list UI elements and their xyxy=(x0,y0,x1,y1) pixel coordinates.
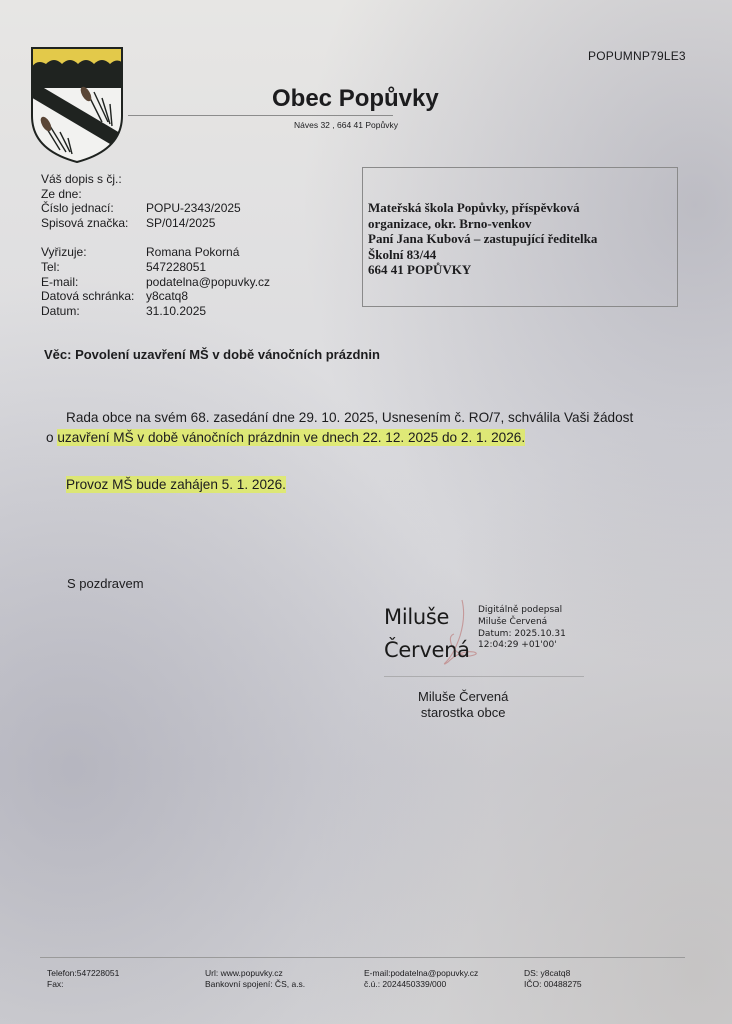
signature-detail-line: Miluše Červená xyxy=(478,617,566,629)
municipality-address: Náves 32 , 664 41 Popůvky xyxy=(294,120,398,130)
meta-row-data-box: Datová schránka: y8catq8 xyxy=(41,289,270,304)
signature-detail-line: 12:04:29 +01'00' xyxy=(478,640,566,652)
recipient-address: Mateřská škola Popůvky, příspěvková orga… xyxy=(368,200,597,278)
meta-label: E-mail: xyxy=(41,275,146,290)
meta-value: POPU-2343/2025 xyxy=(146,201,241,216)
body-line: o uzavření MŠ v době vánočních prázdnin … xyxy=(46,428,633,448)
meta-label: Ze dne: xyxy=(41,187,146,202)
recipient-line: Mateřská škola Popůvky, příspěvková xyxy=(368,200,597,216)
footer-ids-column: DS: y8catq8 IČO: 00488275 xyxy=(524,968,582,990)
meta-value: SP/014/2025 xyxy=(146,216,215,231)
signature-detail-line: Datum: 2025.10.31 xyxy=(478,629,566,641)
footer-email: E-mail:podatelna@popuvky.cz xyxy=(364,968,478,979)
signature-detail-line: Digitálně podepsal xyxy=(478,605,566,617)
highlighted-text: uzavření MŠ v době vánočních prázdnin ve… xyxy=(57,429,525,446)
signer-title: starostka obce xyxy=(418,705,508,721)
meta-row-your-letter: Váš dopis s čj.: xyxy=(41,172,270,187)
meta-label: Váš dopis s čj.: xyxy=(41,172,146,187)
body-paragraph-approval: Rada obce na svém 68. zasedání dne 29. 1… xyxy=(46,408,633,448)
footer-url: Url: www.popuvky.cz xyxy=(205,968,305,979)
signature-details: Digitálně podepsal Miluše Červená Datum:… xyxy=(478,605,566,652)
body-text: o xyxy=(46,430,57,445)
document-id: POPUMNP79LE3 xyxy=(588,49,686,63)
meta-label: Vyřizuje: xyxy=(41,245,146,260)
letter-subject: Věc: Povolení uzavření MŠ v době vánoční… xyxy=(44,347,380,362)
recipient-line: organizace, okr. Brno-venkov xyxy=(368,216,597,232)
signature-divider xyxy=(384,676,584,677)
signature-name: Miluše Červená xyxy=(384,601,470,667)
municipality-title: Obec Popůvky xyxy=(272,85,439,113)
footer-ico: IČO: 00488275 xyxy=(524,979,582,990)
highlighted-text: Provoz MŠ bude zahájen 5. 1. 2026. xyxy=(66,476,286,493)
meta-row-date: Datum: 31.10.2025 xyxy=(41,304,270,319)
recipient-line: Paní Jana Kubová – zastupující ředitelka xyxy=(368,231,597,247)
footer-web-column: Url: www.popuvky.cz Bankovní spojení: ČS… xyxy=(205,968,305,990)
recipient-line: Školní 83/44 xyxy=(368,247,597,263)
meta-label: Tel: xyxy=(41,260,146,275)
meta-row-phone: Tel: 547228051 xyxy=(41,260,270,275)
body-line: Rada obce na svém 68. zasedání dne 29. 1… xyxy=(46,408,633,428)
meta-value: podatelna@popuvky.cz xyxy=(146,275,270,290)
body-paragraph-reopening: Provoz MŠ bude zahájen 5. 1. 2026. xyxy=(66,477,286,492)
reference-block: Váš dopis s čj.: Ze dne: Číslo jednací: … xyxy=(41,172,270,318)
footer-fax: Fax: xyxy=(47,979,119,990)
meta-row-handled-by: Vyřizuje: Romana Pokorná xyxy=(41,245,270,260)
footer-email-column: E-mail:podatelna@popuvky.cz č.ú.: 202445… xyxy=(364,968,478,990)
meta-row-date-from: Ze dne: xyxy=(41,187,270,202)
signature-first-name: Miluše xyxy=(384,601,470,634)
footer-divider xyxy=(40,957,685,958)
footer-account: č.ú.: 2024450339/000 xyxy=(364,979,478,990)
signer-name: Miluše Červená xyxy=(418,689,508,705)
footer-data-box: DS: y8catq8 xyxy=(524,968,582,979)
signer-block: Miluše Červená starostka obce xyxy=(418,689,508,721)
title-divider xyxy=(128,115,393,116)
meta-label: Datum: xyxy=(41,304,146,319)
footer-bank: Bankovní spojení: ČS, a.s. xyxy=(205,979,305,990)
meta-label: Datová schránka: xyxy=(41,289,146,304)
meta-value: 31.10.2025 xyxy=(146,304,206,319)
meta-row-reference-number: Číslo jednací: POPU-2343/2025 xyxy=(41,201,270,216)
meta-row-email: E-mail: podatelna@popuvky.cz xyxy=(41,275,270,290)
recipient-line: 664 41 POPŮVKY xyxy=(368,262,597,278)
footer-phone-column: Telefon:547228051 Fax: xyxy=(47,968,119,990)
meta-label: Číslo jednací: xyxy=(41,201,146,216)
meta-value: 547228051 xyxy=(146,260,206,275)
meta-value: Romana Pokorná xyxy=(146,245,239,260)
footer-phone: Telefon:547228051 xyxy=(47,968,119,979)
signature-last-name: Červená xyxy=(384,634,470,667)
coat-of-arms-icon xyxy=(30,46,126,164)
meta-value: y8catq8 xyxy=(146,289,188,304)
meta-row-file-mark: Spisová značka: SP/014/2025 xyxy=(41,216,270,231)
meta-label: Spisová značka: xyxy=(41,216,146,231)
closing-greeting: S pozdravem xyxy=(67,576,144,591)
